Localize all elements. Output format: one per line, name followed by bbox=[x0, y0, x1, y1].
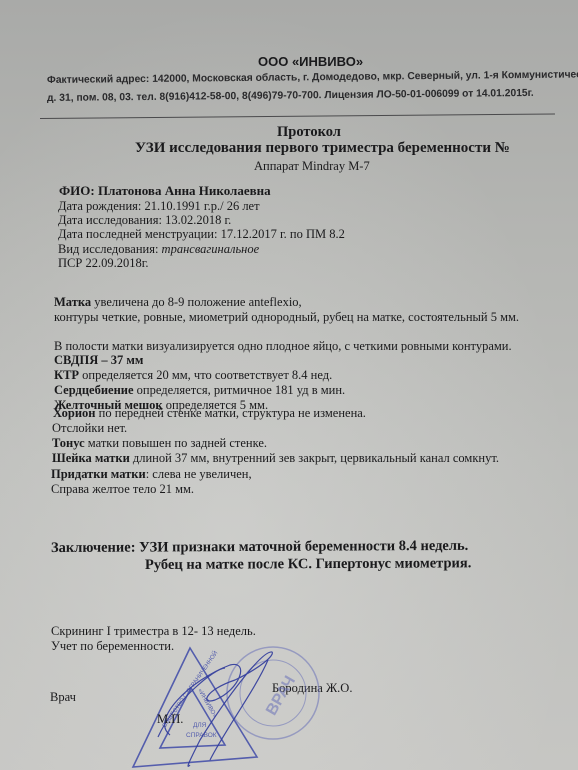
svg-text:ВРАЧ: ВРАЧ bbox=[263, 673, 299, 718]
stamps-and-signature: ОБЩЕСТВО С ОГРАНИЧЕННОЙ «ИНВИВО» ДЛЯ СПР… bbox=[0, 0, 578, 770]
svg-text:ДЛЯ: ДЛЯ bbox=[193, 722, 207, 729]
round-stamp-icon: ВРАЧ bbox=[227, 647, 319, 739]
seal-label: М.П. bbox=[157, 712, 183, 727]
document-page: ООО «ИНВИВО» Фактический адрес: 142000, … bbox=[0, 0, 578, 770]
signature-icon bbox=[158, 652, 272, 766]
